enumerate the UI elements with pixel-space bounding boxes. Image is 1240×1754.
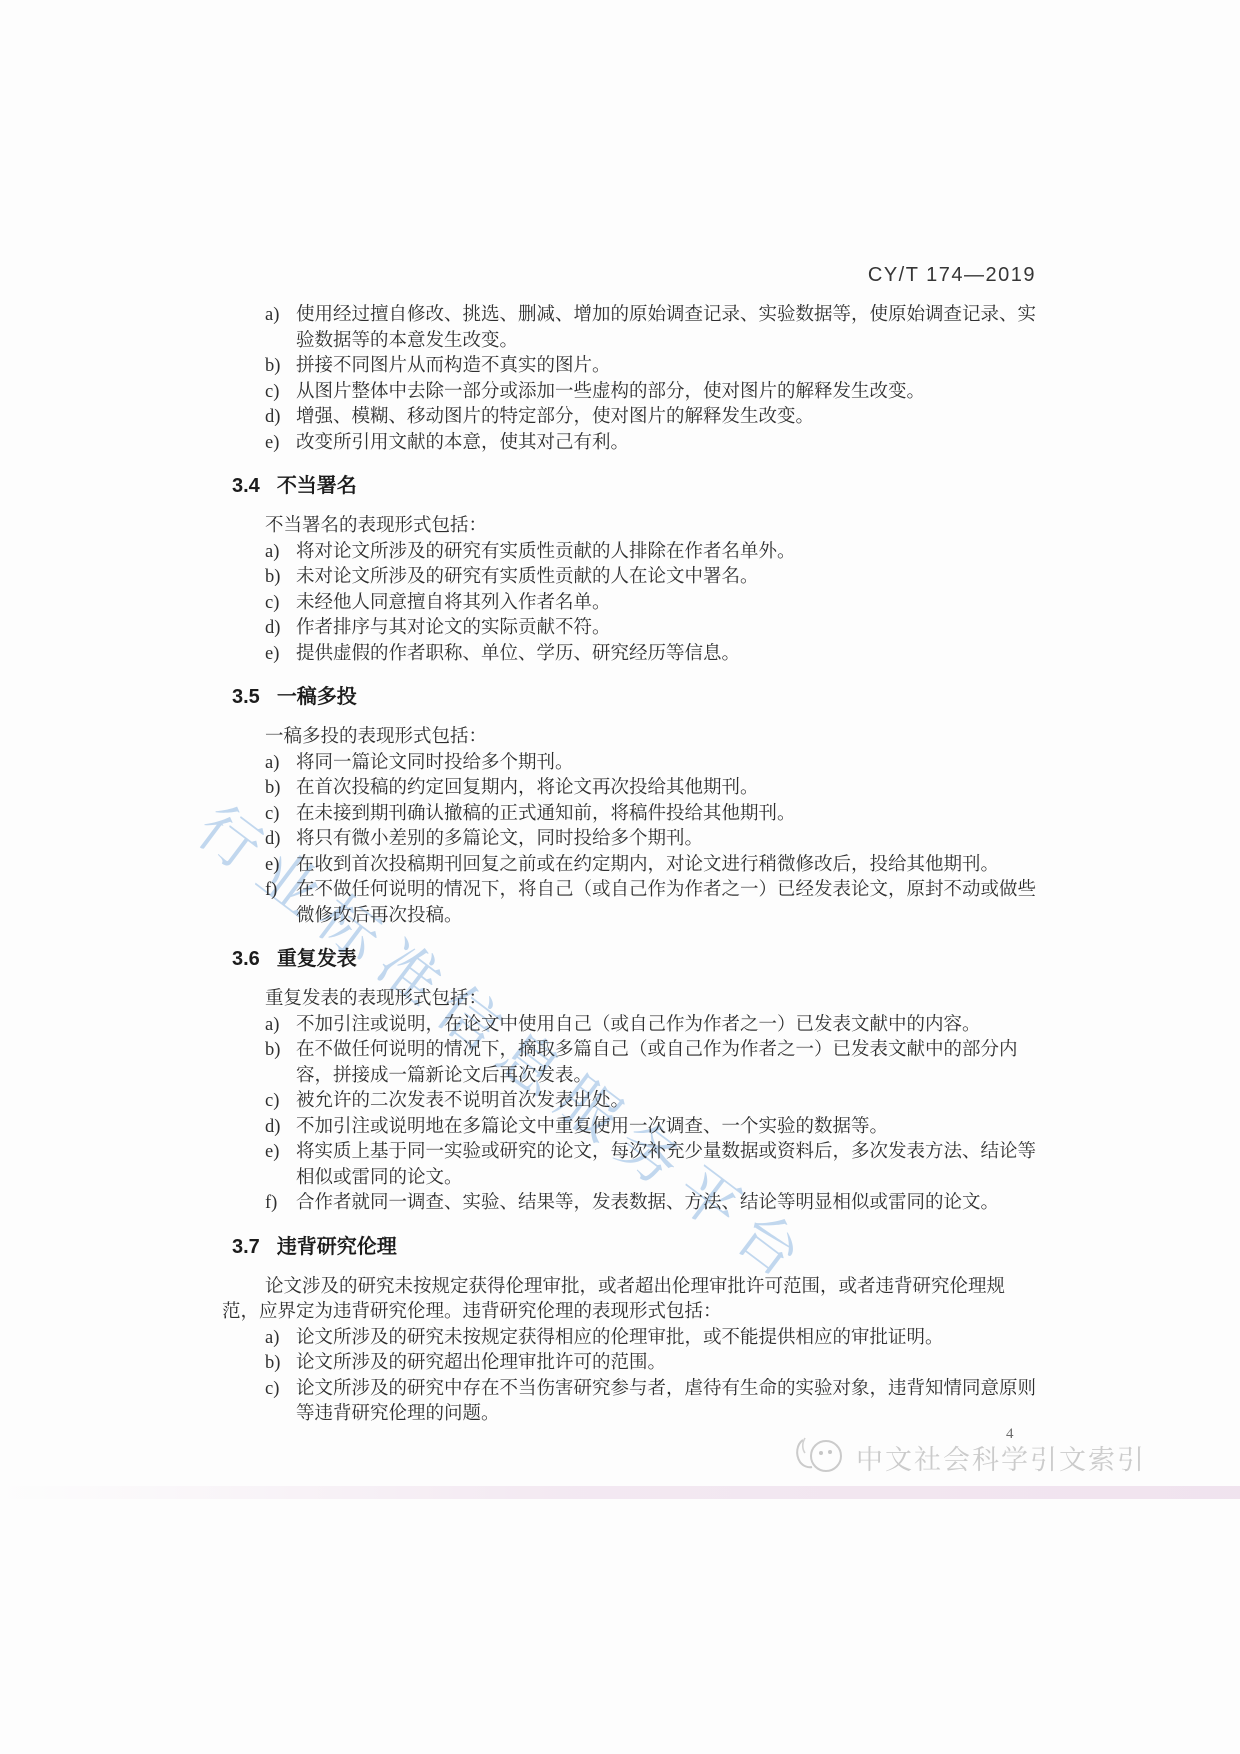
list-item: b) 拼接不同图片从而构造不真实的图片。: [265, 354, 1036, 380]
document-page: CY/T 174—2019 行业标准信息服务平台 a) 使用经过擅自修改、挑选、…: [0, 0, 1240, 1754]
list-item-text: 将只有微小差别的多篇论文，同时投给多个期刊。: [296, 827, 1036, 853]
list-item: f) 合作者就同一调查、实验、结果等，发表数据、方法、结论等明显相似或雷同的论文…: [265, 1191, 1036, 1217]
scan-artifact-band: [0, 1486, 1240, 1499]
section-number: 3.6: [232, 946, 260, 973]
list-item: e) 将实质上基于同一实验或研究的论文，每次补充少量数据或资料后，多次发表方法、…: [265, 1140, 1036, 1191]
list-item: a) 将对论文所涉及的研究有实质性贡献的人排除在作者名单外。: [265, 540, 1036, 566]
section-heading-3-7: 3.7 违背研究伦理: [232, 1234, 1036, 1261]
list-item-text: 未经他人同意擅自将其列入作者名单。: [296, 591, 1036, 617]
list-item-label: a): [265, 751, 296, 777]
list-item: c) 未经他人同意擅自将其列入作者名单。: [265, 591, 1036, 617]
list-item-text: 将实质上基于同一实验或研究的论文，每次补充少量数据或资料后，多次发表方法、结论等…: [296, 1140, 1036, 1191]
section-intro: 一稿多投的表现形式包括：: [265, 725, 1036, 751]
list-item-text: 不加引注或说明地在多篇论文中重复使用一次调查、一个实验的数据等。: [296, 1115, 1036, 1141]
list-item-text: 作者排序与其对论文的实际贡献不符。: [296, 616, 1036, 642]
section-number: 3.4: [232, 473, 260, 500]
list-item-label: c): [265, 380, 296, 406]
list-item-label: c): [265, 591, 296, 617]
section-number: 3.7: [232, 1234, 260, 1261]
section-3-5-list: a) 将同一篇论文同时投给多个期刊。 b) 在首次投稿的约定回复期内，将论文再次…: [222, 751, 1036, 930]
list-item-text: 在收到首次投稿期刊回复之前或在约定期内，对论文进行稍微修改后，投给其他期刊。: [296, 853, 1036, 879]
list-item-text: 提供虚假的作者职称、单位、学历、研究经历等信息。: [296, 642, 1036, 668]
list-item-label: d): [265, 827, 296, 853]
list-item: c) 论文所涉及的研究中存在不当伤害研究参与者，虐待有生命的实验对象，违背知情同…: [265, 1377, 1036, 1428]
list-item-label: d): [265, 1115, 296, 1141]
footer-brand: 中文社会科学引文索引: [793, 1434, 1146, 1481]
list-item: a) 将同一篇论文同时投给多个期刊。: [265, 751, 1036, 777]
section-intro: 重复发表的表现形式包括：: [265, 987, 1036, 1013]
standard-code-header: CY/T 174—2019: [868, 264, 1036, 287]
list-item: c) 被允许的二次发表不说明首次发表出处。: [265, 1089, 1036, 1115]
list-item: d) 不加引注或说明地在多篇论文中重复使用一次调查、一个实验的数据等。: [265, 1115, 1036, 1141]
list-item-text: 增强、模糊、移动图片的特定部分，使对图片的解释发生改变。: [296, 405, 1036, 431]
list-item-text: 在未接到期刊确认撤稿的正式通知前，将稿件投给其他期刊。: [296, 802, 1036, 828]
list-item: e) 提供虚假的作者职称、单位、学历、研究经历等信息。: [265, 642, 1036, 668]
list-item-text: 拼接不同图片从而构造不真实的图片。: [296, 354, 1036, 380]
list-item-label: f): [265, 878, 296, 929]
list-item-label: e): [265, 1140, 296, 1191]
list-item: d) 将只有微小差别的多篇论文，同时投给多个期刊。: [265, 827, 1036, 853]
section-title: 重复发表: [277, 946, 357, 973]
list-item-text: 未对论文所涉及的研究有实质性贡献的人在论文中署名。: [296, 565, 1036, 591]
list-item: c) 从图片整体中去除一部分或添加一些虚构的部分，使对图片的解释发生改变。: [265, 380, 1036, 406]
list-item: e) 在收到首次投稿期刊回复之前或在约定期内，对论文进行稍微修改后，投给其他期刊…: [265, 853, 1036, 879]
list-item-label: c): [265, 1377, 296, 1428]
list-item-label: a): [265, 1013, 296, 1039]
section-heading-3-5: 3.5 一稿多投: [232, 684, 1036, 711]
list-item: a) 论文所涉及的研究未按规定获得相应的伦理审批，或不能提供相应的审批证明。: [265, 1326, 1036, 1352]
list-item-text: 在不做任何说明的情况下，将自己（或自己作为作者之一）已经发表论文，原封不动或做些…: [296, 878, 1036, 929]
list-item-label: e): [265, 853, 296, 879]
list-item: b) 在不做任何说明的情况下，摘取多篇自己（或自己作为作者之一）已发表文献中的部…: [265, 1038, 1036, 1089]
carryover-list: a) 使用经过擅自修改、挑选、删减、增加的原始调查记录、实验数据等，使原始调查记…: [222, 303, 1036, 456]
list-item: b) 未对论文所涉及的研究有实质性贡献的人在论文中署名。: [265, 565, 1036, 591]
list-item: e) 改变所引用文献的本意，使其对己有利。: [265, 431, 1036, 457]
list-item: d) 作者排序与其对论文的实际贡献不符。: [265, 616, 1036, 642]
list-item-label: a): [265, 540, 296, 566]
section-heading-3-6: 3.6 重复发表: [232, 946, 1036, 973]
list-item-label: b): [265, 1038, 296, 1089]
section-paragraph: 论文涉及的研究未按规定获得伦理审批，或者超出伦理审批许可范围，或者违背研究伦理规…: [222, 1275, 1036, 1326]
list-item-label: b): [265, 565, 296, 591]
section-3-7-list: a) 论文所涉及的研究未按规定获得相应的伦理审批，或不能提供相应的审批证明。 b…: [222, 1326, 1036, 1428]
list-item-text: 合作者就同一调查、实验、结果等，发表数据、方法、结论等明显相似或雷同的论文。: [296, 1191, 1036, 1217]
list-item-label: b): [265, 1351, 296, 1377]
section-3-6-list: a) 不加引注或说明，在论文中使用自己（或自己作为作者之一）已发表文献中的内容。…: [222, 1013, 1036, 1217]
cssci-logo-icon: [793, 1434, 849, 1481]
list-item-label: a): [265, 303, 296, 354]
section-title: 一稿多投: [277, 684, 357, 711]
list-item-text: 论文所涉及的研究未按规定获得相应的伦理审批，或不能提供相应的审批证明。: [296, 1326, 1036, 1352]
list-item-text: 在首次投稿的约定回复期内，将论文再次投给其他期刊。: [296, 776, 1036, 802]
list-item-label: e): [265, 431, 296, 457]
section-heading-3-4: 3.4 不当署名: [232, 473, 1036, 500]
list-item-label: a): [265, 1326, 296, 1352]
list-item-label: c): [265, 802, 296, 828]
list-item-label: d): [265, 405, 296, 431]
list-item: b) 在首次投稿的约定回复期内，将论文再次投给其他期刊。: [265, 776, 1036, 802]
list-item: a) 不加引注或说明，在论文中使用自己（或自己作为作者之一）已发表文献中的内容。: [265, 1013, 1036, 1039]
list-item: b) 论文所涉及的研究超出伦理审批许可的范围。: [265, 1351, 1036, 1377]
list-item: d) 增强、模糊、移动图片的特定部分，使对图片的解释发生改变。: [265, 405, 1036, 431]
list-item-label: f): [265, 1191, 296, 1217]
page-number: 4: [1006, 1426, 1014, 1443]
list-item-text: 将同一篇论文同时投给多个期刊。: [296, 751, 1036, 777]
section-number: 3.5: [232, 684, 260, 711]
list-item-label: b): [265, 354, 296, 380]
list-item-label: c): [265, 1089, 296, 1115]
list-item: f) 在不做任何说明的情况下，将自己（或自己作为作者之一）已经发表论文，原封不动…: [265, 878, 1036, 929]
list-item-text: 在不做任何说明的情况下，摘取多篇自己（或自己作为作者之一）已发表文献中的部分内容…: [296, 1038, 1036, 1089]
footer-brand-text: 中文社会科学引文索引: [856, 1438, 1146, 1477]
list-item-text: 使用经过擅自修改、挑选、删减、增加的原始调查记录、实验数据等，使原始调查记录、实…: [296, 303, 1036, 354]
list-item-text: 从图片整体中去除一部分或添加一些虚构的部分，使对图片的解释发生改变。: [296, 380, 1036, 406]
list-item-text: 将对论文所涉及的研究有实质性贡献的人排除在作者名单外。: [296, 540, 1036, 566]
list-item-label: d): [265, 616, 296, 642]
section-3-4-list: a) 将对论文所涉及的研究有实质性贡献的人排除在作者名单外。 b) 未对论文所涉…: [222, 540, 1036, 668]
list-item-text: 论文所涉及的研究中存在不当伤害研究参与者，虐待有生命的实验对象，违背知情同意原则…: [296, 1377, 1036, 1428]
list-item-label: b): [265, 776, 296, 802]
list-item-label: e): [265, 642, 296, 668]
list-item-text: 不加引注或说明，在论文中使用自己（或自己作为作者之一）已发表文献中的内容。: [296, 1013, 1036, 1039]
list-item-text: 被允许的二次发表不说明首次发表出处。: [296, 1089, 1036, 1115]
section-title: 不当署名: [277, 473, 357, 500]
list-item: a) 使用经过擅自修改、挑选、删减、增加的原始调查记录、实验数据等，使原始调查记…: [265, 303, 1036, 354]
document-body: a) 使用经过擅自修改、挑选、删减、增加的原始调查记录、实验数据等，使原始调查记…: [222, 303, 1036, 1428]
list-item-text: 改变所引用文献的本意，使其对己有利。: [296, 431, 1036, 457]
section-intro: 不当署名的表现形式包括：: [265, 514, 1036, 540]
list-item-text: 论文所涉及的研究超出伦理审批许可的范围。: [296, 1351, 1036, 1377]
section-title: 违背研究伦理: [277, 1234, 397, 1261]
list-item: c) 在未接到期刊确认撤稿的正式通知前，将稿件投给其他期刊。: [265, 802, 1036, 828]
